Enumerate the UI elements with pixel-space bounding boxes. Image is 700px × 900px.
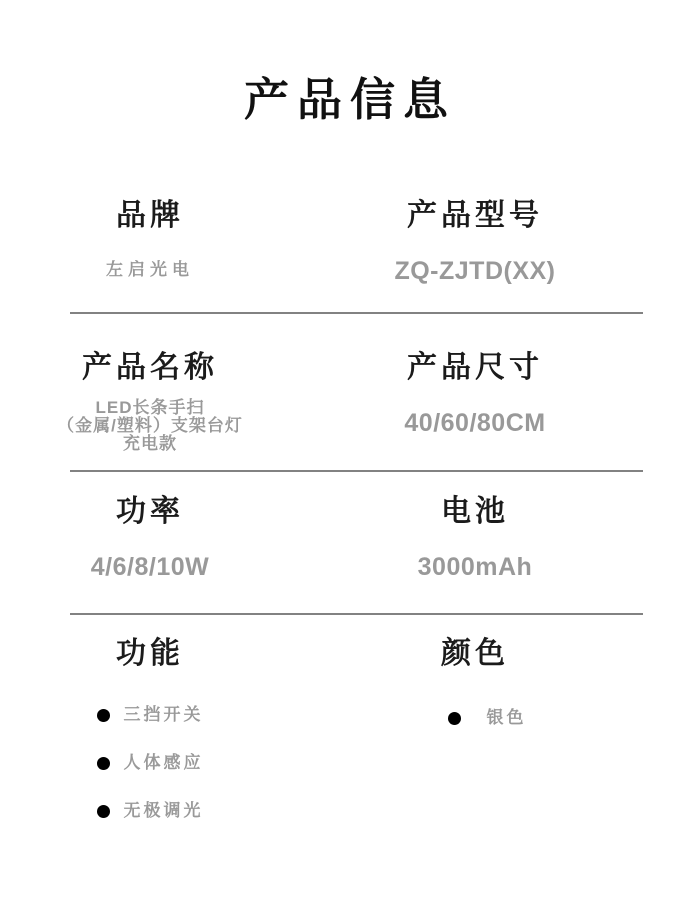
section-divider: [70, 470, 643, 472]
feature-text: 无极调光: [124, 801, 204, 821]
size-value: 40/60/80CM: [300, 410, 650, 436]
section-divider: [70, 613, 643, 615]
bullet-icon: [448, 712, 461, 725]
list-item: 人体感应: [97, 753, 204, 773]
row-function-color: 功能 三挡开关 人体感应 无极调光 颜色: [0, 636, 700, 823]
product-info-page: 产品信息 品牌 左启光电 产品型号 ZQ-ZJTD(XX) 产品名称 LED长条…: [0, 0, 700, 900]
power-label: 功率: [0, 494, 300, 530]
color-list: 银色: [448, 708, 527, 728]
color-section: 颜色 银色: [300, 636, 650, 823]
product-name-value: LED长条手扫 （金属/塑料）支架台灯 充电款: [0, 399, 300, 453]
bullet-icon: [97, 805, 110, 818]
product-name-label: 产品名称: [0, 350, 300, 386]
size-label: 产品尺寸: [300, 350, 650, 386]
row-brand-model: 品牌 左启光电 产品型号 ZQ-ZJTD(XX): [0, 198, 700, 284]
product-name-line: LED长条手扫: [0, 399, 300, 417]
model-section: 产品型号 ZQ-ZJTD(XX): [300, 198, 650, 284]
function-label: 功能: [0, 636, 300, 672]
feature-text: 人体感应: [124, 753, 204, 773]
color-label: 颜色: [300, 636, 650, 672]
size-section: 产品尺寸 40/60/80CM: [300, 350, 650, 453]
page-title: 产品信息: [0, 74, 700, 126]
power-section: 功率 4/6/8/10W: [0, 494, 300, 580]
feature-text: 三挡开关: [124, 705, 204, 725]
row-power-battery: 功率 4/6/8/10W 电池 3000mAh: [0, 494, 700, 580]
section-divider: [70, 312, 643, 314]
function-section: 功能 三挡开关 人体感应 无极调光: [0, 636, 300, 823]
list-item: 无极调光: [97, 801, 204, 821]
bullet-icon: [97, 757, 110, 770]
list-item: 银色: [448, 708, 527, 728]
row-name-size: 产品名称 LED长条手扫 （金属/塑料）支架台灯 充电款 产品尺寸 40/60/…: [0, 350, 700, 453]
bullet-icon: [97, 709, 110, 722]
product-name-line: （金属/塑料）支架台灯: [0, 417, 300, 435]
power-value: 4/6/8/10W: [0, 554, 300, 580]
color-text: 银色: [487, 708, 527, 728]
brand-section: 品牌 左启光电: [0, 198, 300, 284]
model-label: 产品型号: [300, 198, 650, 234]
function-list: 三挡开关 人体感应 无极调光: [97, 705, 204, 821]
brand-label: 品牌: [0, 198, 300, 234]
product-name-line: 充电款: [0, 435, 300, 453]
list-item: 三挡开关: [97, 705, 204, 725]
battery-value: 3000mAh: [300, 554, 650, 580]
product-name-section: 产品名称 LED长条手扫 （金属/塑料）支架台灯 充电款: [0, 350, 300, 453]
model-value: ZQ-ZJTD(XX): [300, 258, 650, 284]
battery-label: 电池: [300, 494, 650, 530]
battery-section: 电池 3000mAh: [300, 494, 650, 580]
brand-value: 左启光电: [0, 260, 300, 280]
